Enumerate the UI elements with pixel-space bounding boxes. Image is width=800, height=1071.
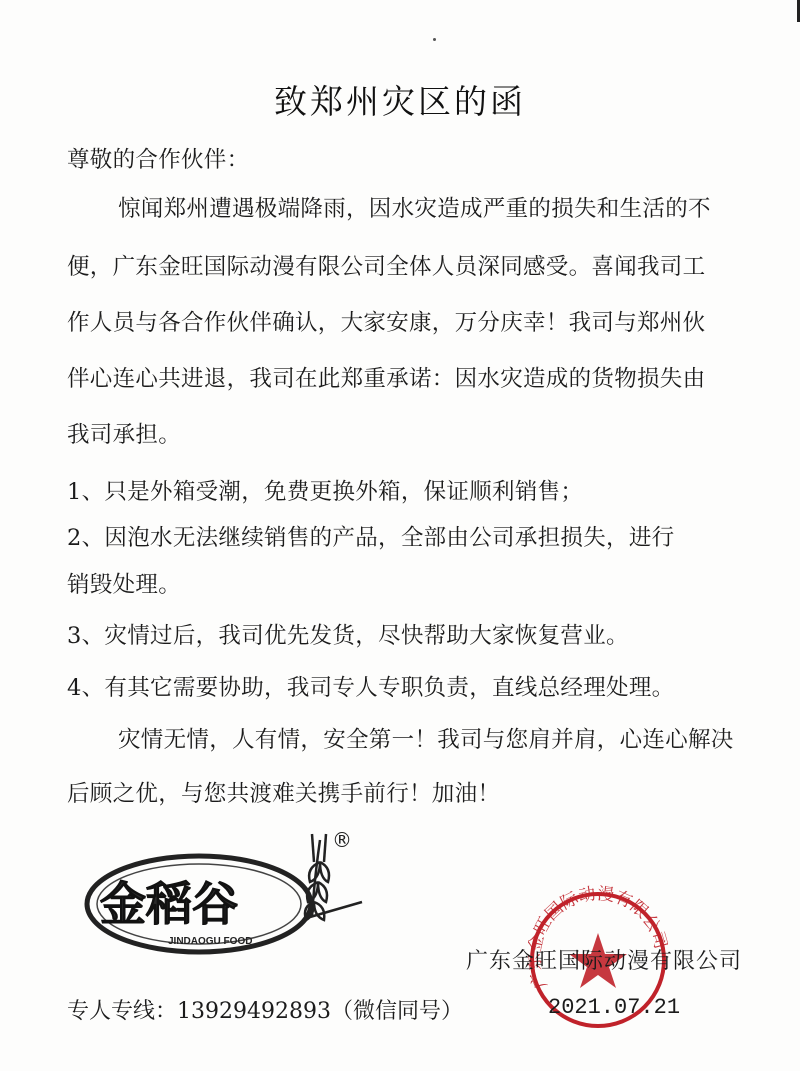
letter-page: 致郑州灾区的函 尊敬的合作伙伴： 惊闻郑州遭遇极端降雨，因水灾造成严重的损失和生… — [0, 0, 800, 1071]
commitment-item: 4、有其它需要协助，我司专人专职负责，直线总经理处理。 — [67, 670, 674, 702]
jindaogu-logo-icon: 金稻谷 JINDAOGU FOOD — [74, 822, 364, 962]
svg-text:金稻谷: 金稻谷 — [100, 877, 238, 931]
signature-company: 广东金旺国际动漫有限公司 — [466, 944, 742, 975]
commitment-item: 3、灾情过后，我司优先发货，尽快帮助大家恢复营业。 — [67, 618, 629, 650]
scan-speck — [433, 38, 436, 41]
hotline-contact: 专人专线：13929492893（微信同号） — [67, 994, 463, 1025]
commitment-item: 2、因泡水无法继续销售的产品，全部由公司承担损失，进行 — [67, 520, 674, 552]
body-line: 我司承担。 — [67, 417, 181, 449]
brand-logo: 金稻谷 JINDAOGU FOOD ® — [74, 822, 364, 962]
body-line: 作人员与各合作伙伴确认，大家安康，万分庆幸！我司与郑州伙 — [67, 305, 705, 337]
body-line: 伴心连心共进退，我司在此郑重承诺：因水灾造成的货物损失由 — [67, 361, 705, 393]
salutation: 尊敬的合作伙伴： — [67, 142, 249, 174]
commitment-item: 1、只是外箱受潮，免费更换外箱，保证顺利销售； — [67, 474, 583, 506]
body-line: 便，广东金旺国际动漫有限公司全体人员深同感受。喜闻我司工 — [67, 249, 705, 281]
svg-text:JINDAOGU FOOD: JINDAOGU FOOD — [168, 936, 252, 947]
letter-title: 致郑州灾区的函 — [0, 76, 800, 123]
signature-date: 2021.07.21 — [548, 995, 680, 1020]
body-line: 惊闻郑州遭遇极端降雨，因水灾造成严重的损失和生活的不 — [118, 191, 711, 223]
registered-mark: ® — [332, 828, 352, 852]
closing-line: 灾情无情，人有情，安全第一！我司与您肩并肩，心连心解决 — [118, 722, 734, 754]
closing-line: 后顾之优，与您共渡难关携手前行！加油！ — [67, 776, 500, 808]
commitment-item: 销毁处理。 — [67, 567, 181, 599]
